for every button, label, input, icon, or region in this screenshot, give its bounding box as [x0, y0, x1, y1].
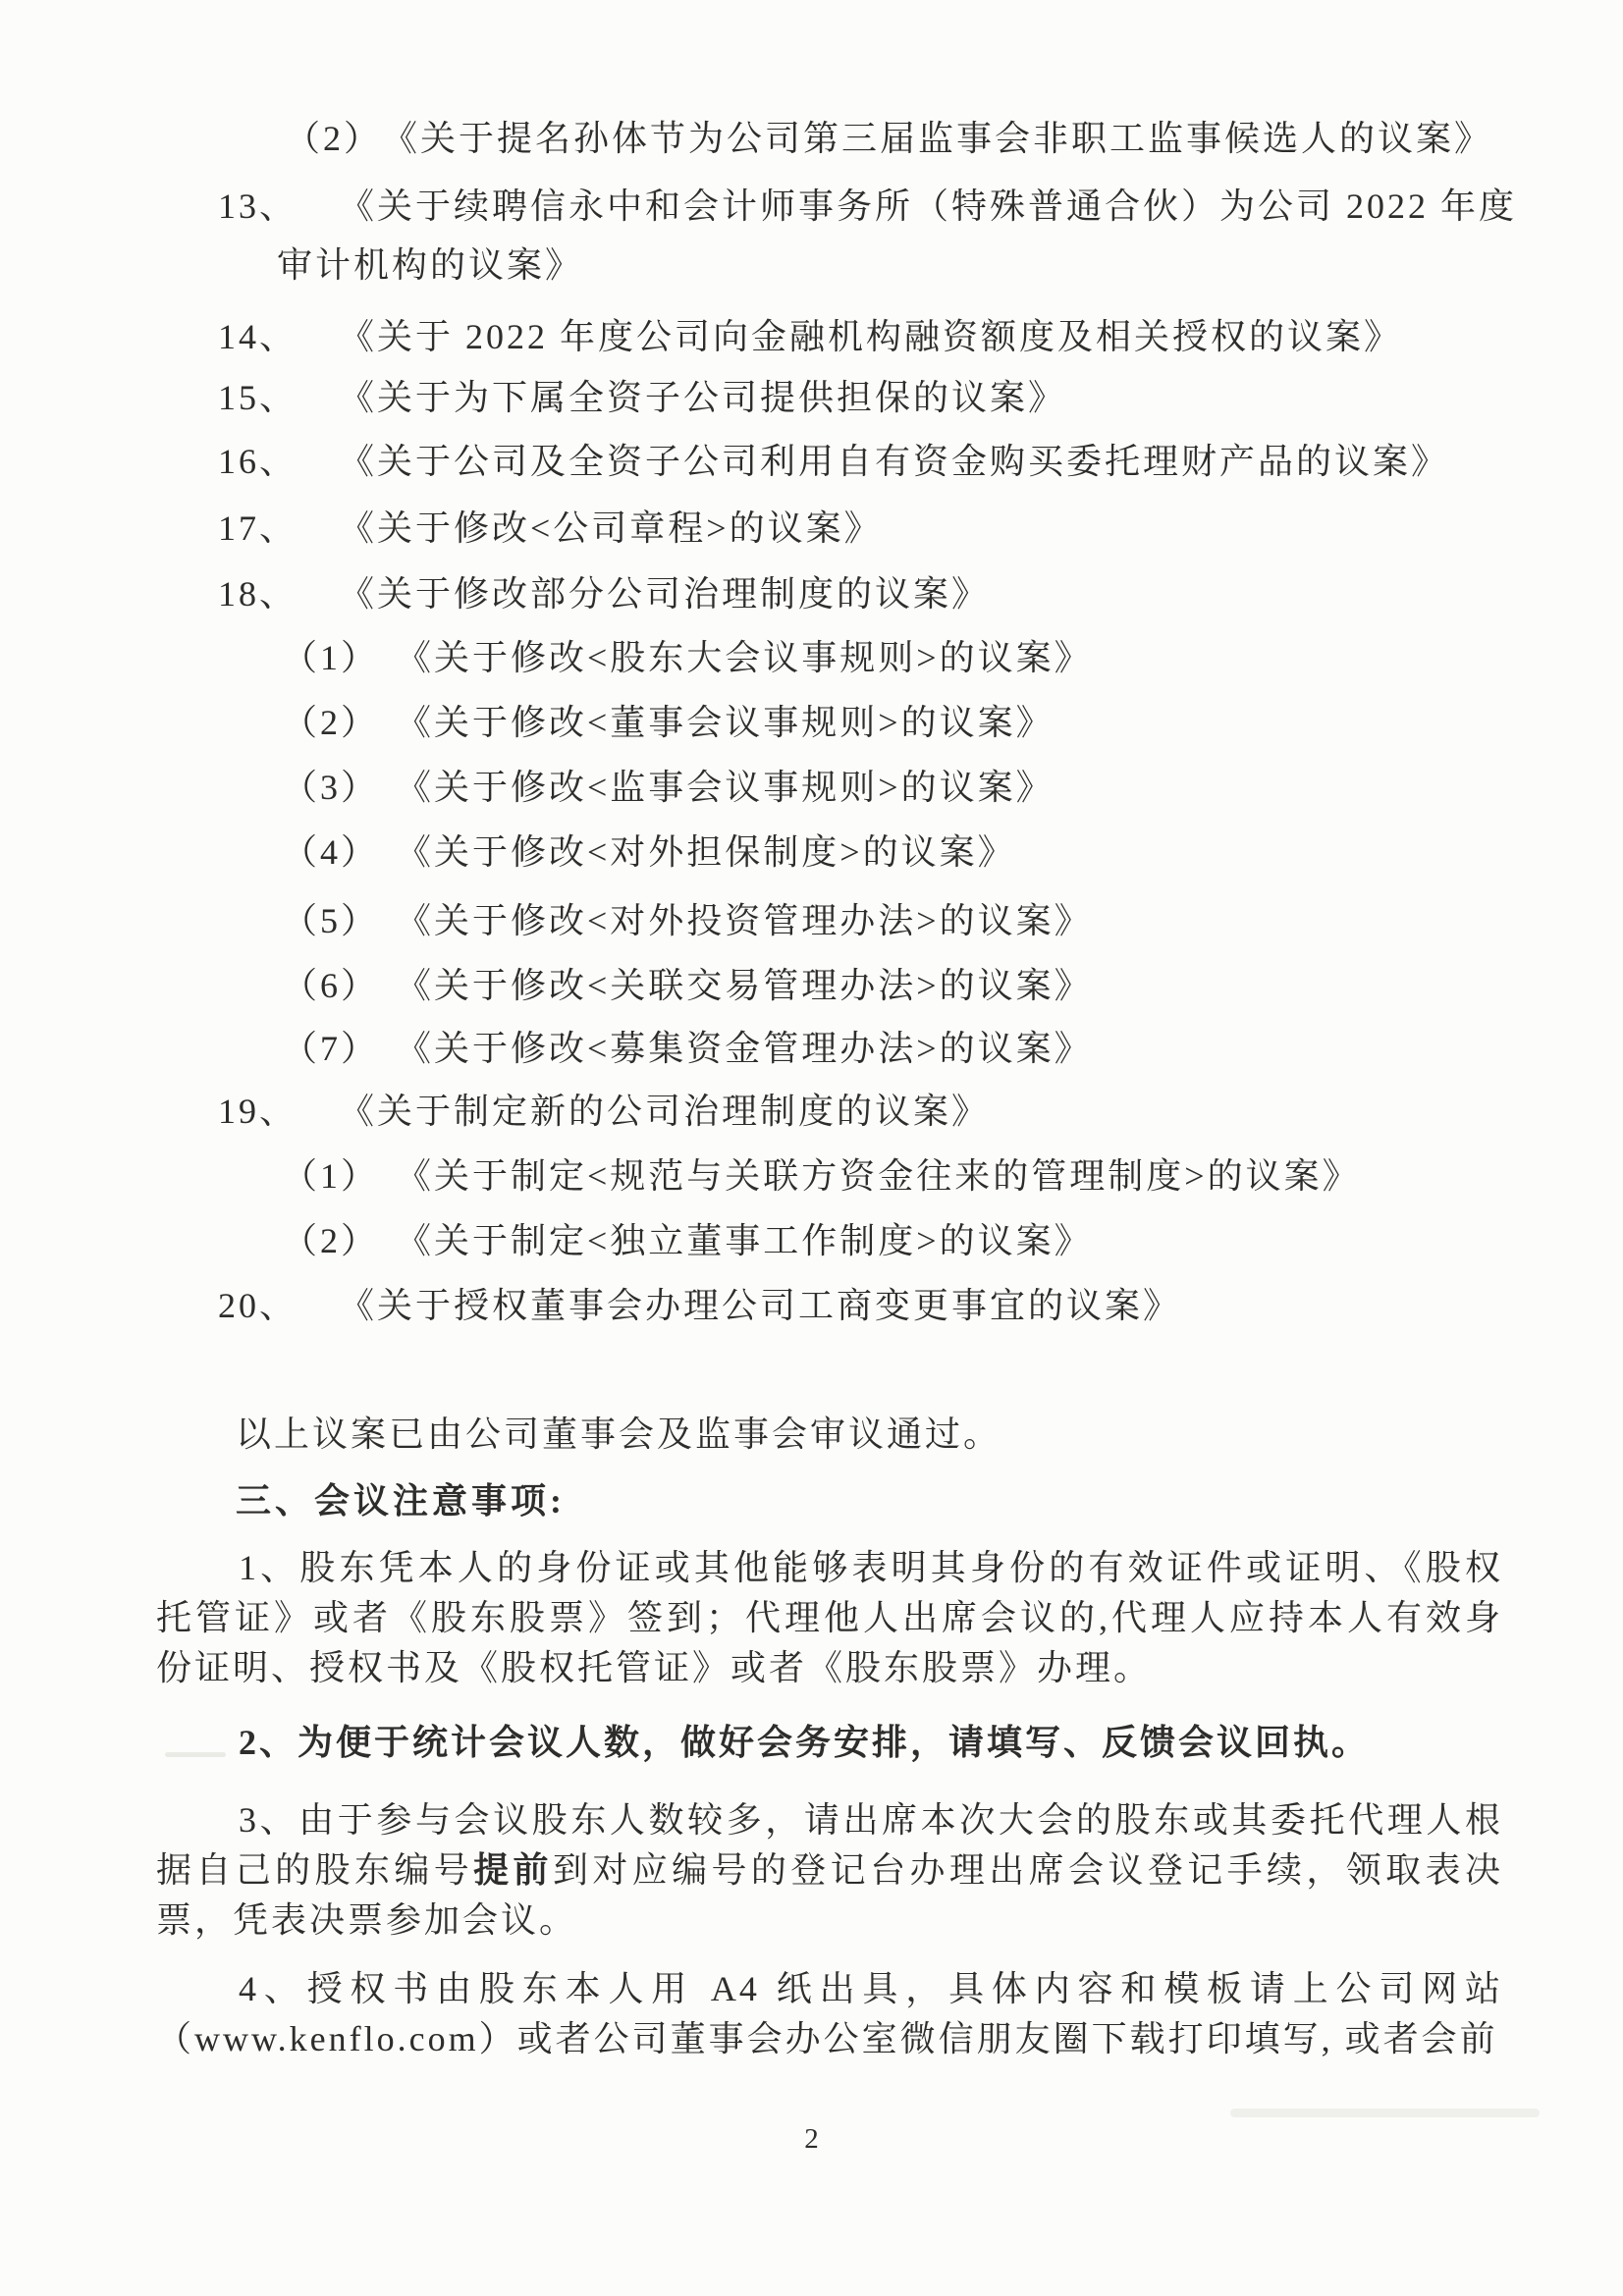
proposal-item: 20、《关于授权董事会办理公司工商变更事宜的议案》 [0, 1285, 1623, 1326]
item-text: 《关于修改<对外投资管理办法>的议案》 [396, 901, 1093, 940]
note-paragraph-4: 4、授权书由股东本人用 A4 纸出具，具体内容和模板请上公司网站（www.ken… [156, 1964, 1503, 2064]
item-text: 《关于修改<对外担保制度>的议案》 [396, 832, 1016, 872]
section-heading: 三、会议注意事项: [236, 1480, 566, 1522]
item-text: 审计机构的议案》 [277, 245, 583, 285]
document-page: （2）《关于提名孙体节为公司第三届监事会非职工监事候选人的议案》 13、《关于续… [0, 0, 1623, 2296]
item-text: 《关于 2022 年度公司向金融机构融资额度及相关授权的议案》 [339, 317, 1402, 356]
item-number: （2） [282, 1220, 396, 1261]
proposal-subitem: （1）《关于修改<股东大会议事规则>的议案》 [0, 637, 1623, 678]
proposal-subitem: （2）《关于修改<董事会议事规则>的议案》 [0, 702, 1623, 743]
item-text: 《关于授权董事会办理公司工商变更事宜的议案》 [339, 1286, 1181, 1325]
item-number: 16、 [218, 441, 339, 482]
proposal-item: 17、《关于修改<公司章程>的议案》 [0, 507, 1623, 549]
item-number: 18、 [218, 573, 339, 614]
item-text: 《关于修改<股东大会议事规则>的议案》 [396, 638, 1093, 677]
scan-artifact [1230, 2109, 1540, 2117]
item-number: 20、 [218, 1285, 339, 1326]
item-text: 《关于制定<独立董事工作制度>的议案》 [396, 1221, 1093, 1260]
proposal-subitem: （5）《关于修改<对外投资管理办法>的议案》 [0, 900, 1623, 941]
item-number: （1） [282, 1155, 396, 1197]
proposal-subitem: （7）《关于修改<募集资金管理办法>的议案》 [0, 1028, 1623, 1069]
item-number: （2） [285, 118, 382, 159]
note-paragraph-2: 2、为便于统计会议人数，做好会务安排，请填写、反馈会议回执。 [156, 1718, 1503, 1768]
proposal-subitem: （4）《关于修改<对外担保制度>的议案》 [0, 831, 1623, 873]
item-number: （4） [282, 831, 396, 873]
item-number: 17、 [218, 507, 339, 549]
item-text: 《关于公司及全资子公司利用自有资金购买委托理财产品的议案》 [339, 442, 1449, 481]
proposal-item: （2）《关于提名孙体节为公司第三届监事会非职工监事候选人的议案》 [0, 118, 1623, 159]
item-number: （7） [282, 1028, 396, 1069]
note-paragraph-3: 3、由于参与会议股东人数较多，请出席本次大会的股东或其委托代理人根据自己的股东编… [156, 1795, 1503, 1946]
item-text: 《关于修改部分公司治理制度的议案》 [339, 574, 990, 614]
note-3-emphasis: 提前 [473, 1850, 553, 1890]
item-number: （1） [282, 637, 396, 678]
item-text: 《关于修改<公司章程>的议案》 [339, 508, 883, 548]
item-text: 《关于为下属全资子公司提供担保的议案》 [339, 378, 1066, 417]
proposal-item: 13、《关于续聘信永中和会计师事务所（特殊普通合伙）为公司 2022 年度 [0, 186, 1623, 227]
proposal-subitem: （2）《关于制定<独立董事工作制度>的议案》 [0, 1220, 1623, 1261]
item-text: 《关于制定<规范与关联方资金往来的管理制度>的议案》 [396, 1156, 1361, 1196]
closing-note: 以上议案已由公司董事会及监事会审议通过。 [236, 1414, 1001, 1455]
item-number: （6） [282, 965, 396, 1006]
item-text: 《关于修改<关联交易管理办法>的议案》 [396, 966, 1093, 1005]
item-text: 《关于修改<募集资金管理办法>的议案》 [396, 1029, 1093, 1068]
note-paragraph-1: 1、股东凭本人的身份证或其他能够表明其身份的有效证件或证明、《股权托管证》或者《… [156, 1543, 1503, 1693]
item-text: 《关于提名孙体节为公司第三届监事会非职工监事候选人的议案》 [382, 119, 1492, 158]
item-number: （2） [282, 702, 396, 743]
item-number: 19、 [218, 1091, 339, 1132]
proposal-subitem: （6）《关于修改<关联交易管理办法>的议案》 [0, 965, 1623, 1006]
proposal-item: 18、《关于修改部分公司治理制度的议案》 [0, 573, 1623, 614]
item-number: （3） [282, 767, 396, 808]
item-number: 14、 [218, 316, 339, 357]
page-number: 2 [0, 2123, 1623, 2155]
proposal-item: 19、《关于制定新的公司治理制度的议案》 [0, 1091, 1623, 1132]
proposal-item: 15、《关于为下属全资子公司提供担保的议案》 [0, 377, 1623, 418]
proposal-subitem: （1）《关于制定<规范与关联方资金往来的管理制度>的议案》 [0, 1155, 1623, 1197]
item-text: 《关于修改<董事会议事规则>的议案》 [396, 703, 1055, 742]
item-text: 《关于续聘信永中和会计师事务所（特殊普通合伙）为公司 2022 年度 [339, 187, 1517, 226]
proposal-item-continuation: 审计机构的议案》 [0, 244, 1623, 286]
item-number: 13、 [218, 186, 339, 227]
proposal-subitem: （3）《关于修改<监事会议事规则>的议案》 [0, 767, 1623, 808]
item-text: 《关于修改<监事会议事规则>的议案》 [396, 768, 1055, 807]
item-text: 《关于制定新的公司治理制度的议案》 [339, 1092, 990, 1131]
proposal-item: 14、《关于 2022 年度公司向金融机构融资额度及相关授权的议案》 [0, 316, 1623, 357]
item-number: 15、 [218, 377, 339, 418]
item-number: （5） [282, 900, 396, 941]
scan-artifact [165, 1752, 226, 1757]
proposal-item: 16、《关于公司及全资子公司利用自有资金购买委托理财产品的议案》 [0, 441, 1623, 482]
